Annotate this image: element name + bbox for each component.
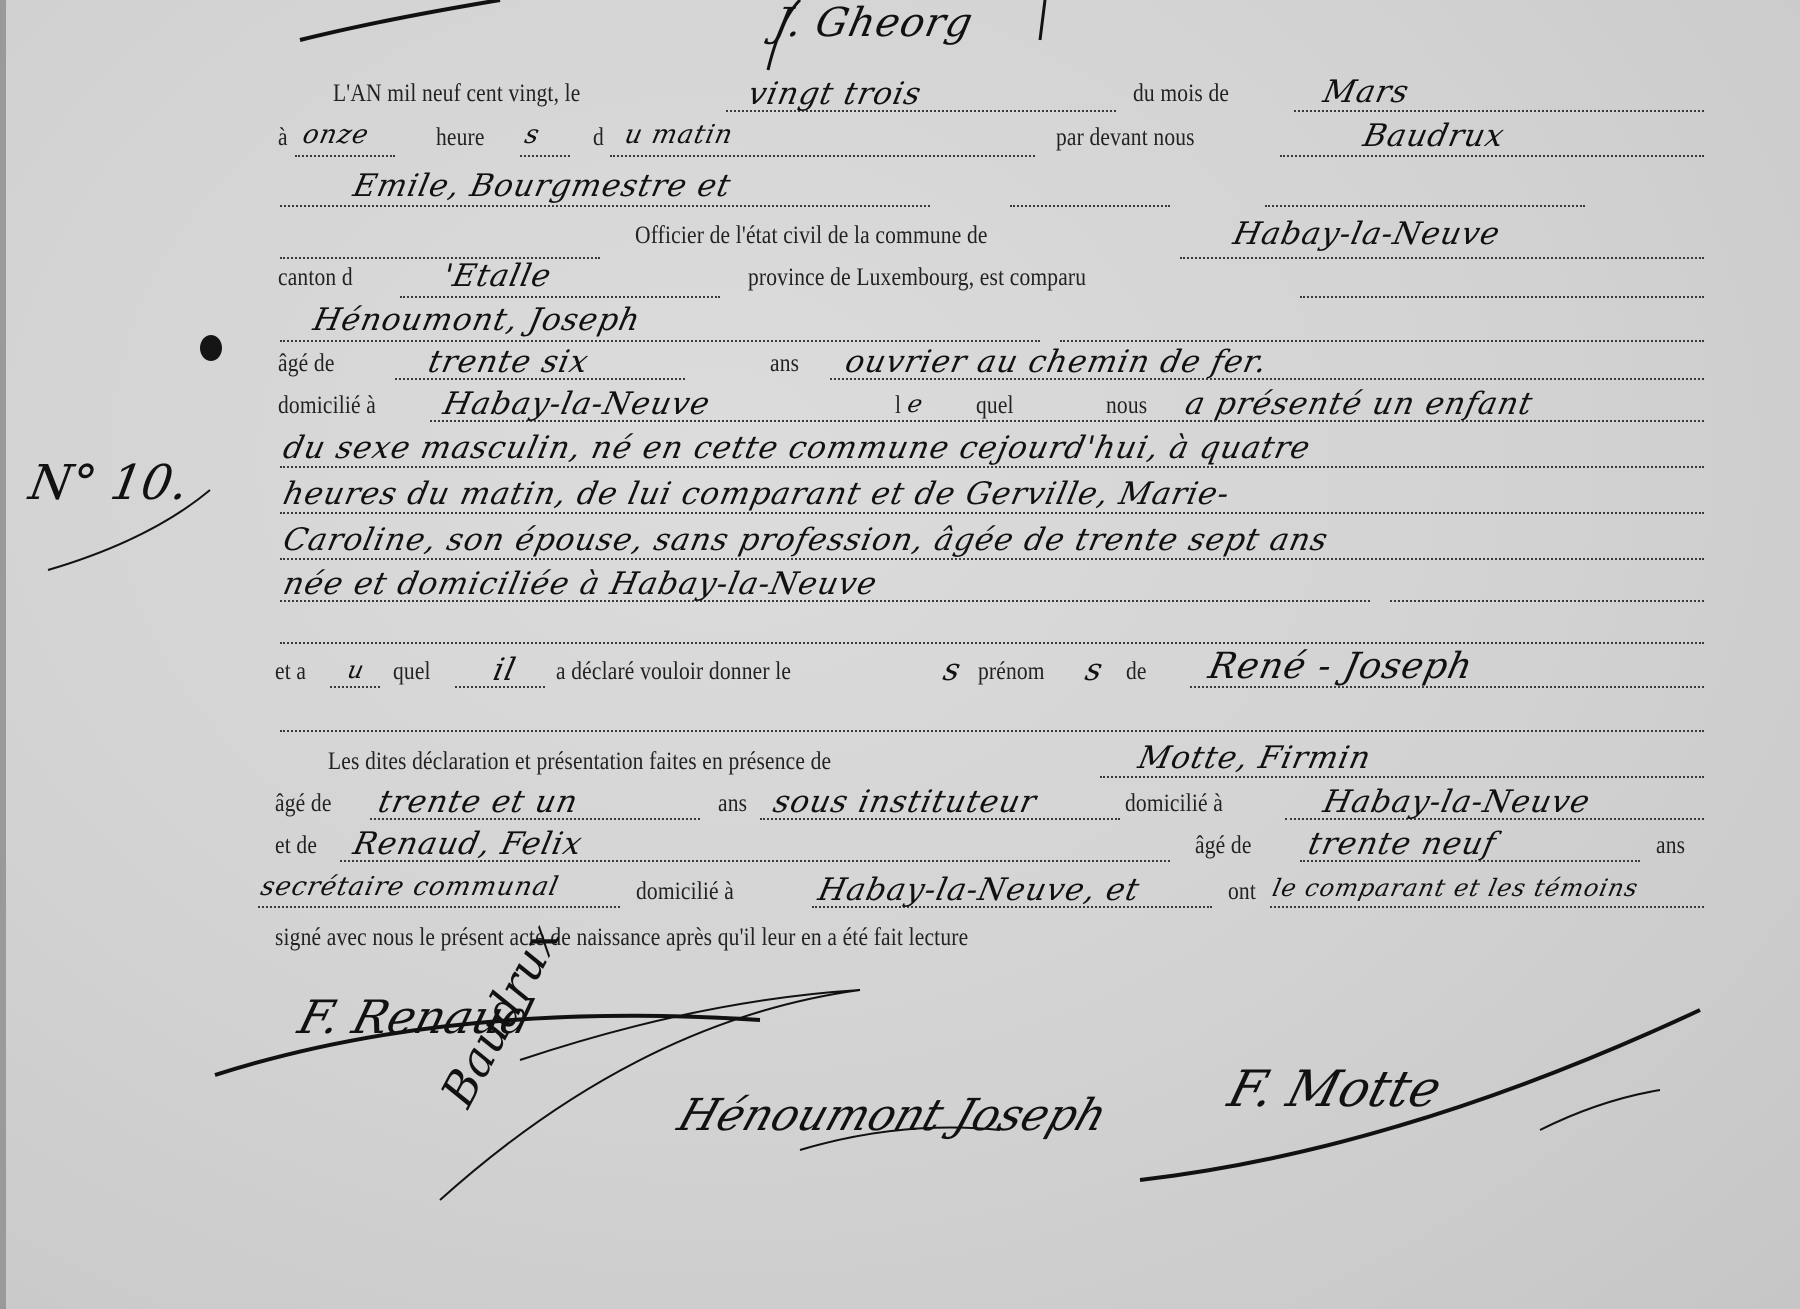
printed-et-a: et a (275, 658, 306, 686)
field-child-given-names: René - Joseph (1205, 646, 1477, 687)
field-signatories: le comparant et les témoins (1270, 874, 1641, 902)
field-witness2-domicile: Habay-la-Neuve, et (815, 872, 1143, 908)
dotted-fill-line (280, 558, 1704, 560)
printed-heure: heure (436, 124, 485, 152)
dotted-fill-line (280, 730, 1704, 732)
printed-a: à (278, 124, 288, 152)
printed-par-devant: par devant nous (1056, 124, 1195, 152)
dotted-fill-line (280, 205, 930, 207)
dotted-fill-line (1280, 155, 1704, 157)
field-officer-title: Emile, Bourgmestre et (350, 168, 735, 204)
field-officer-surname: Baudrux (1360, 118, 1508, 154)
printed-et-de: et de (275, 832, 317, 860)
printed-province: province de Luxembourg, est comparu (748, 264, 1086, 292)
field-declarant-occupation: ouvrier au chemin de fer. (842, 344, 1271, 380)
dotted-fill-line (1265, 205, 1585, 207)
field-declarant-age: trente six (425, 344, 592, 380)
act-number: N° 10. (25, 455, 192, 511)
field-presented: a présenté un enfant (1182, 386, 1536, 422)
birth-certificate-page: J. Gheorg N° 10. L'AN mil neuf cent ving… (0, 0, 1800, 1309)
printed-de: de (1126, 658, 1147, 686)
field-mother-domicile: née et domiciliée à Habay-la-Neuve (280, 566, 881, 602)
dotted-fill-line (330, 686, 380, 688)
dotted-fill-line (280, 642, 1704, 644)
signature-witness1: F. Motte (1222, 1060, 1447, 1118)
signature-declarant: Hénoumont Joseph (672, 1090, 1114, 1141)
field-month: Mars (1320, 74, 1413, 110)
field-witness1-name: Motte, Firmin (1135, 740, 1375, 776)
printed-domicile-w1: domicilié à (1125, 790, 1223, 818)
dotted-fill-line (1270, 906, 1704, 908)
printed-nous: nous (1106, 392, 1147, 420)
printed-age-w1: âgé de (275, 790, 332, 818)
printed-closing: signé avec nous le présent acte de naiss… (275, 924, 968, 952)
dotted-fill-line (1010, 205, 1170, 207)
dotted-fill-line (1300, 296, 1704, 298)
field-canton: 'Etalle (440, 258, 555, 294)
printed-month-label: du mois de (1133, 80, 1229, 108)
field-day: vingt trois (745, 76, 925, 112)
printed-canton: canton d (278, 264, 353, 292)
printed-ans-w2: ans (1656, 832, 1685, 860)
dotted-fill-line (295, 155, 395, 157)
dotted-fill-line (1060, 340, 1704, 342)
printed-prenom: prénom (978, 658, 1045, 686)
printed-d: d (593, 124, 604, 152)
field-declarant-domicile: Habay-la-Neuve (440, 386, 714, 422)
dotted-fill-line (1180, 257, 1704, 259)
printed-ans: ans (770, 350, 799, 378)
dotted-fill-line (520, 155, 570, 157)
printed-domicile-w2: domicilié à (636, 878, 734, 906)
printed-l: l (895, 392, 901, 420)
field-time-of-day: u matin (622, 120, 736, 150)
header-mark: J. Gheorg (770, 0, 977, 46)
field-declarant-name: Hénoumont, Joseph (310, 302, 644, 338)
dotted-fill-line (280, 466, 1704, 468)
printed-officer-label: Officier de l'état civil de la commune d… (635, 222, 988, 250)
dotted-fill-line (258, 906, 620, 908)
printed-age-w2: âgé de (1195, 832, 1252, 860)
printed-domicile: domicilié à (278, 392, 376, 420)
printed-year: L'AN mil neuf cent vingt, le (333, 80, 581, 108)
dotted-fill-line (280, 512, 1704, 514)
dotted-fill-line (610, 155, 1035, 157)
printed-ans-w1: ans (718, 790, 747, 818)
printed-age: âgé de (278, 350, 335, 378)
printed-quel-2: quel (393, 658, 431, 686)
printed-ont: ont (1228, 878, 1256, 906)
dotted-fill-line (1390, 600, 1704, 602)
field-witness2-age: trente neuf (1305, 826, 1500, 862)
printed-witness-intro: Les dites déclaration et présentation fa… (328, 748, 831, 776)
field-commune: Habay-la-Neuve (1230, 216, 1504, 252)
field-mother-details: Caroline, son épouse, sans profession, â… (280, 522, 1332, 558)
field-birth-hour-mother: heures du matin, de lui comparant et de … (280, 476, 1233, 512)
ink-blot (200, 335, 222, 361)
dotted-fill-line (400, 296, 720, 298)
dotted-fill-line (1294, 110, 1704, 112)
field-witness1-age: trente et un (375, 784, 581, 820)
printed-quel: quel (976, 392, 1014, 420)
printed-declared: a déclaré vouloir donner le (556, 658, 791, 686)
field-hour: onze (300, 120, 372, 150)
dotted-fill-line (280, 340, 1040, 342)
dotted-fill-line (1100, 776, 1704, 778)
field-witness1-domicile: Habay-la-Neuve (1320, 784, 1594, 820)
field-witness1-occupation: sous instituteur (770, 784, 1040, 820)
field-witness2-occupation: secrétaire communal (258, 872, 562, 902)
field-child-sex-birth: du sexe masculin, né en cette commune ce… (280, 430, 1314, 466)
field-witness2-name: Renaud, Felix (350, 826, 586, 862)
